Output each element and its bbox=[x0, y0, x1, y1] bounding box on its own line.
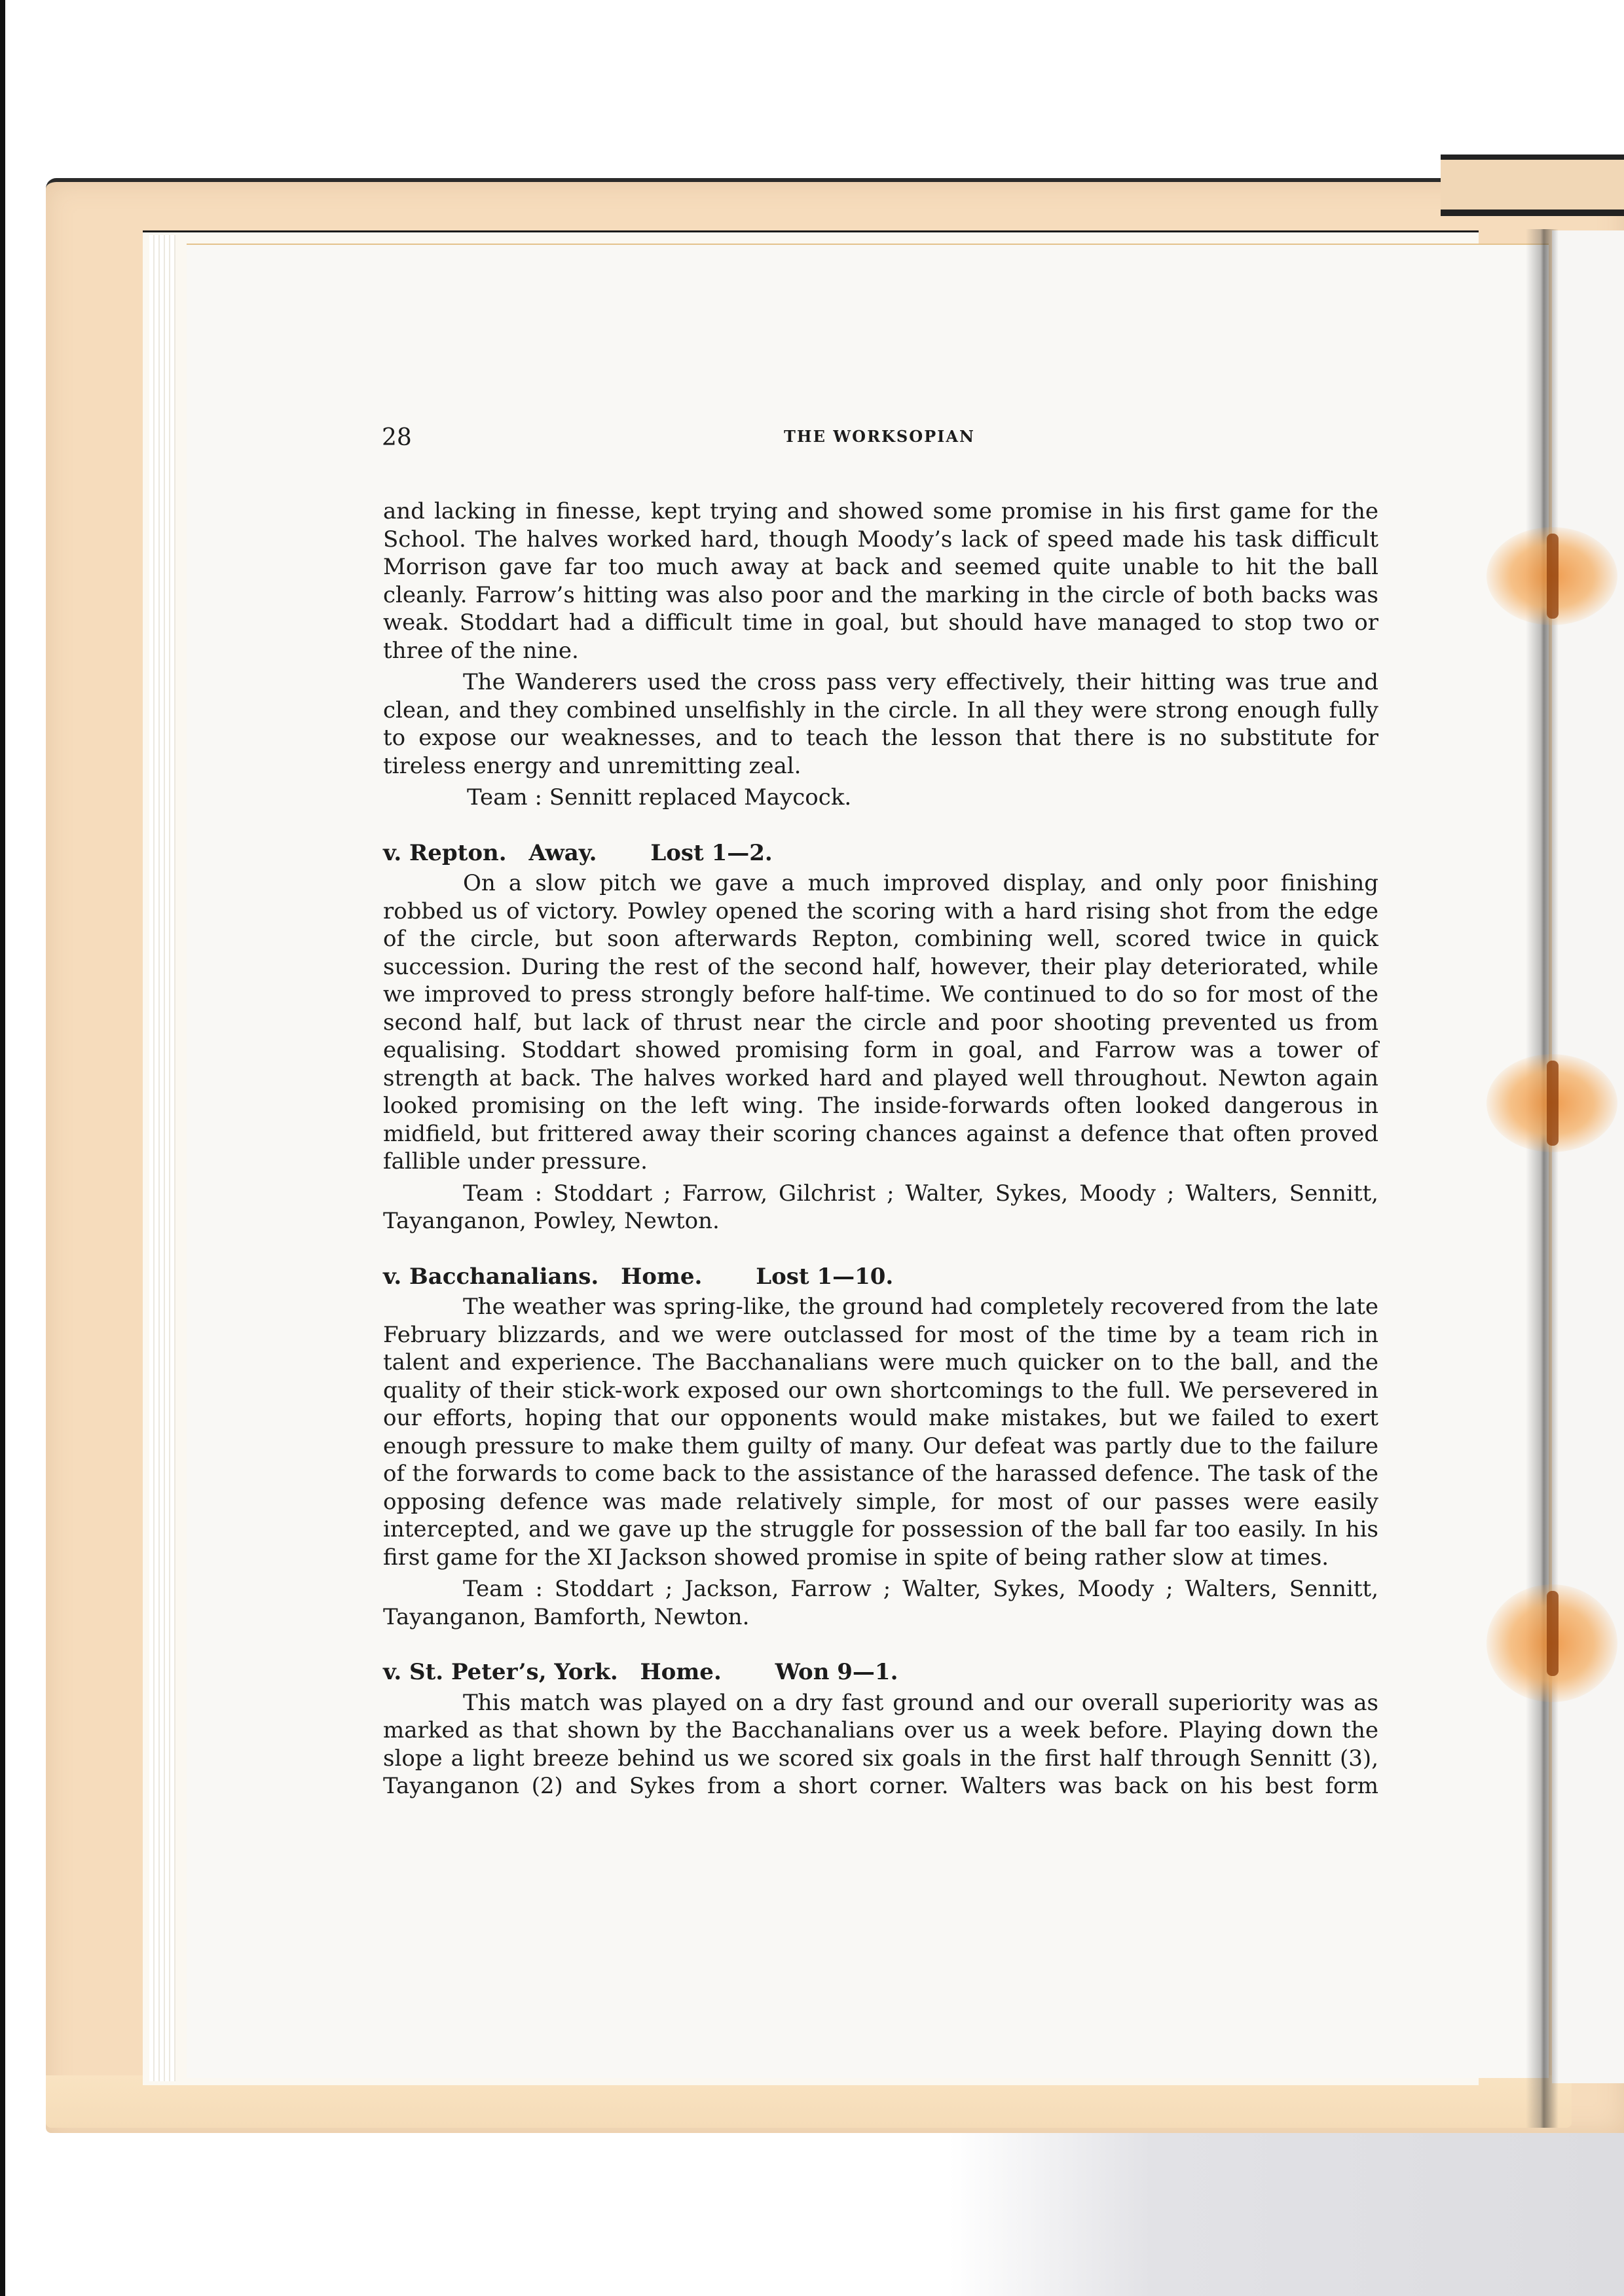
match-venue: Home. bbox=[640, 1658, 722, 1686]
match-opponent: v. St. Peter’s, York. bbox=[383, 1658, 618, 1686]
match-venue: Away. bbox=[528, 839, 597, 867]
match-report: On a slow pitch we gave a much improved … bbox=[383, 869, 1378, 1176]
article-body: and lacking in finesse, kept trying and … bbox=[383, 419, 1378, 1800]
match-result: Lost 1—2. bbox=[650, 839, 772, 867]
match-report-st-peters-york: v. St. Peter’s, York. Home. Won 9—1. Thi… bbox=[383, 1658, 1378, 1800]
match-result: Won 9—1. bbox=[775, 1658, 898, 1686]
scan-edge bbox=[0, 0, 5, 2296]
match-report: The weather was spring-like, the ground … bbox=[383, 1293, 1378, 1571]
facing-cover-strip bbox=[1441, 155, 1624, 216]
match-opponent: v. Repton. bbox=[383, 839, 507, 867]
match-venue: Home. bbox=[621, 1263, 702, 1291]
team-list: Team : Stoddart ; Farrow, Gilchrist ; Wa… bbox=[383, 1180, 1378, 1235]
match-report-repton: v. Repton. Away. Lost 1—2. On a slow pit… bbox=[383, 839, 1378, 1235]
match-result: Lost 1—10. bbox=[756, 1263, 893, 1291]
rust-stain bbox=[1486, 527, 1617, 625]
team-list: Team : Sennitt replaced Maycock. bbox=[383, 784, 1378, 812]
binding-gutter bbox=[1526, 229, 1559, 2128]
scanner-shadow bbox=[950, 2121, 1624, 2296]
match-report-bacchanalians: v. Bacchanalians. Home. Lost 1—10. The w… bbox=[383, 1263, 1378, 1631]
match-heading: v. St. Peter’s, York. Home. Won 9—1. bbox=[383, 1658, 1378, 1686]
rust-stain bbox=[1486, 1584, 1617, 1702]
paragraph: and lacking in finesse, kept trying and … bbox=[383, 498, 1378, 665]
match-opponent: v. Bacchanalians. bbox=[383, 1263, 599, 1291]
team-list: Team : Stoddart ; Jackson, Farrow ; Walt… bbox=[383, 1575, 1378, 1631]
match-report: This match was played on a dry fast grou… bbox=[383, 1689, 1378, 1800]
match-heading: v. Bacchanalians. Home. Lost 1—10. bbox=[383, 1263, 1378, 1291]
paragraph: The Wanderers used the cross pass very e… bbox=[383, 668, 1378, 780]
rust-stain bbox=[1486, 1054, 1617, 1152]
facing-page-edge bbox=[1552, 230, 1624, 2083]
match-heading: v. Repton. Away. Lost 1—2. bbox=[383, 839, 1378, 867]
